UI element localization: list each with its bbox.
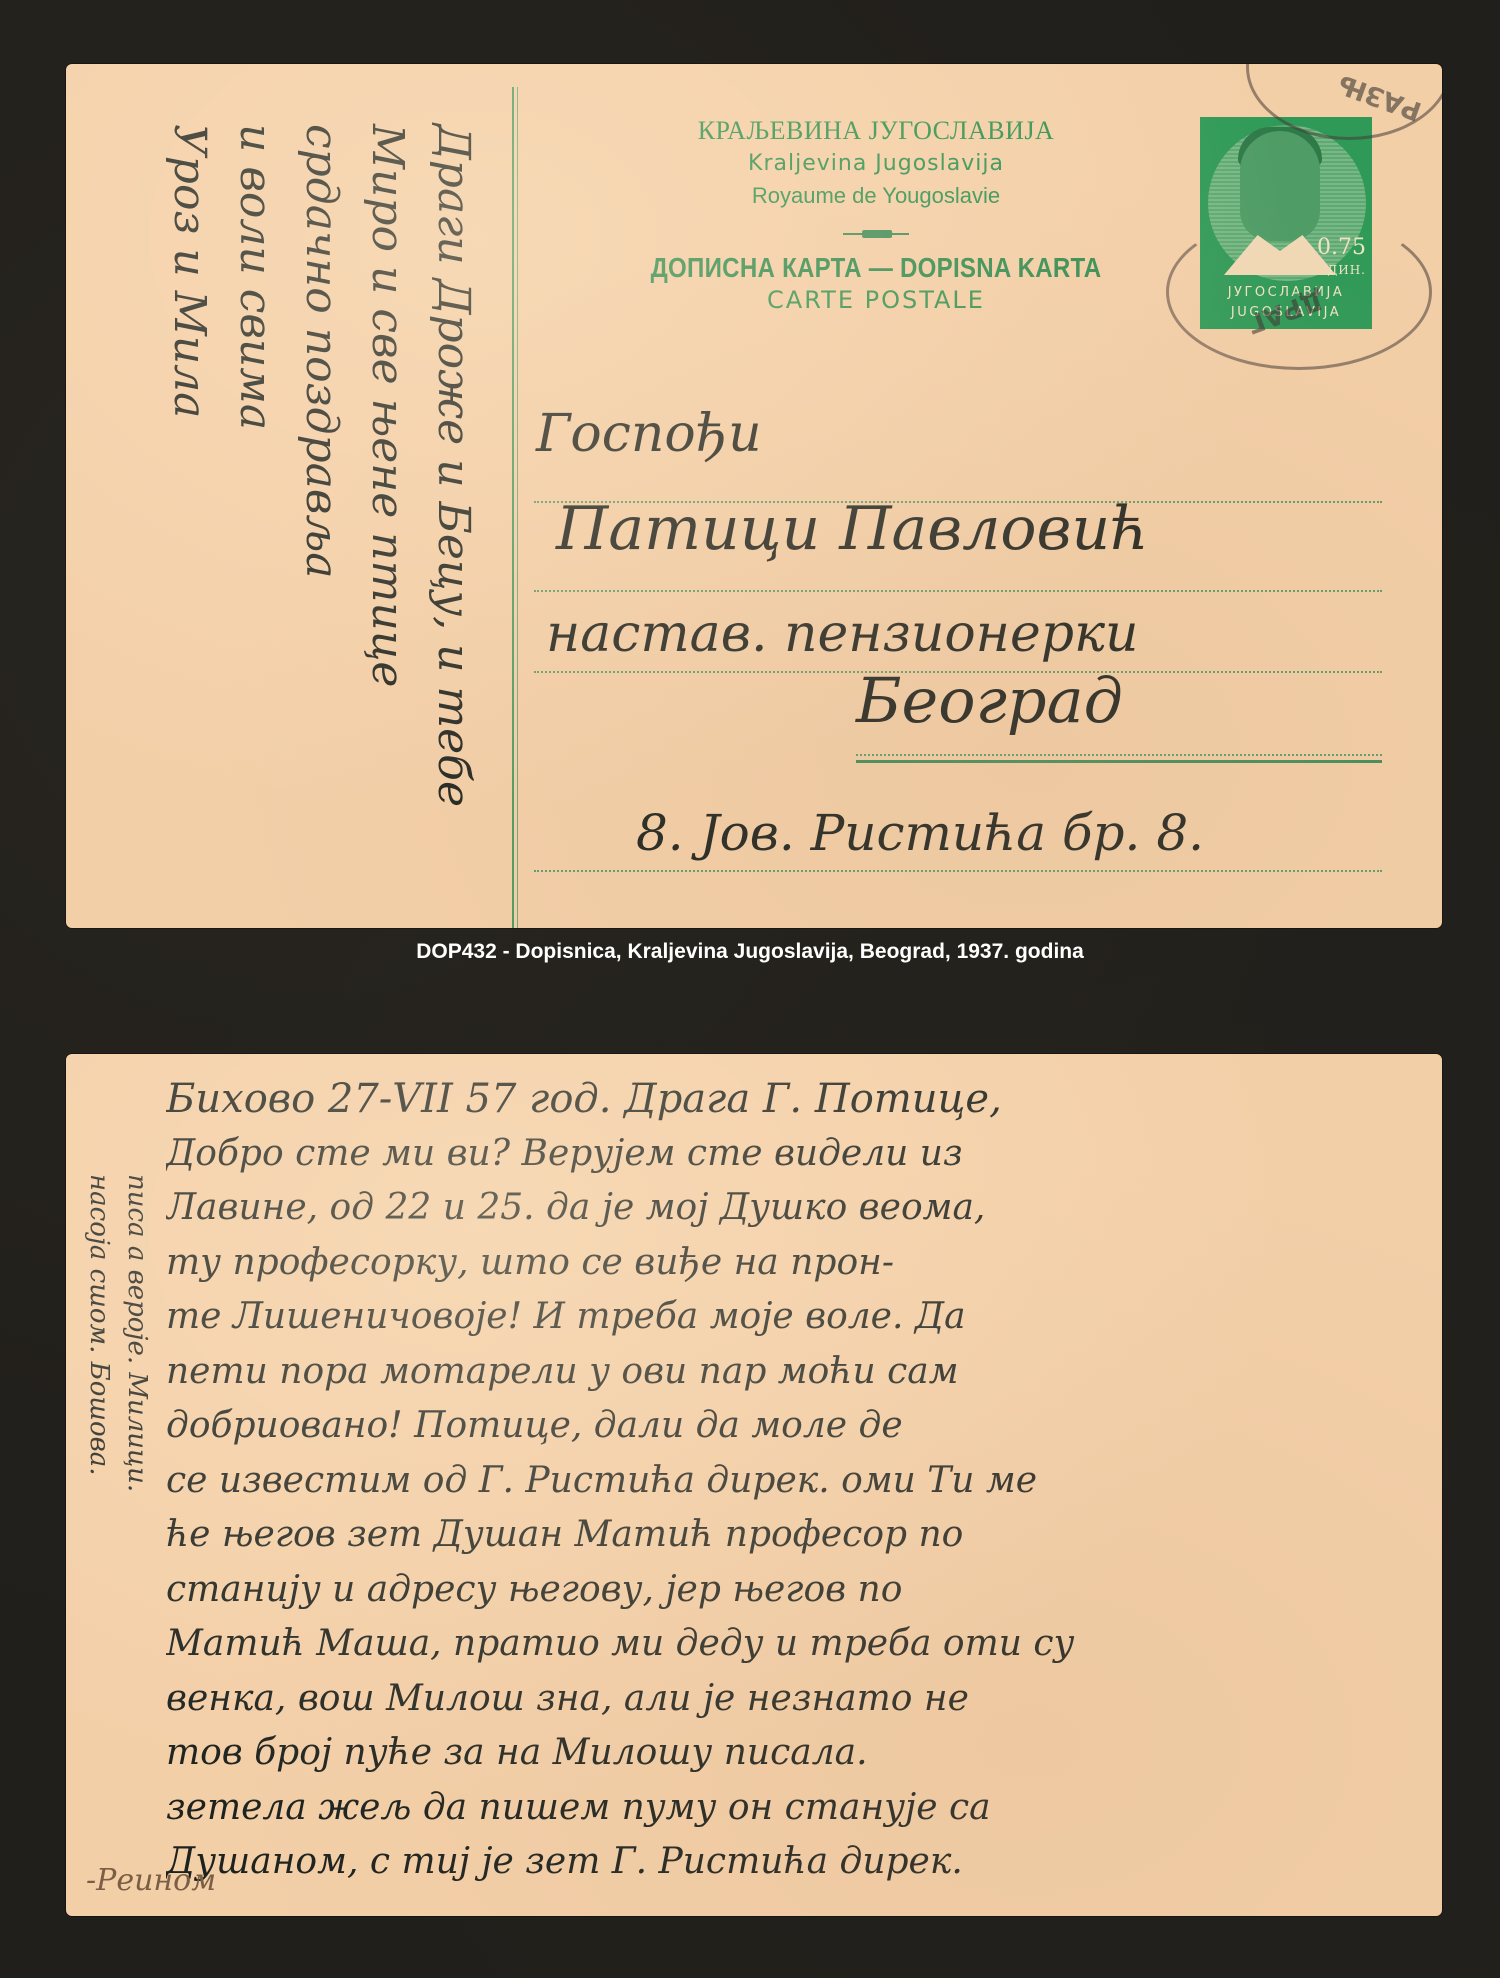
side-message-line: Драги Дроже и Бецу, и тебе bbox=[420, 124, 486, 884]
letter-line: ће његов зет Душан Матић професор по bbox=[166, 1508, 1422, 1563]
card-title: ДОПИСНА КАРТА — DOPISNA KARTA bbox=[575, 252, 1177, 284]
header-french: Royaume de Yougoslavie bbox=[526, 180, 1226, 212]
margin-signature: -Реином bbox=[86, 1863, 216, 1898]
postcard-front: Драги Дроже и Бецу, и тебе Миро и све ње… bbox=[66, 64, 1442, 928]
letter-line: Лавине, од 22 и 25. да је мој Душко веом… bbox=[166, 1181, 1422, 1236]
address-underline bbox=[856, 760, 1382, 763]
address-street: 8. Јов. Ристића бр. 8. bbox=[636, 804, 1204, 862]
ornament-divider bbox=[843, 230, 909, 238]
letter-line: Добро сте ми ви? Верујем сте видели из bbox=[166, 1127, 1422, 1182]
letter-line: се известим од Г. Ристића дирек. оми Ти … bbox=[166, 1454, 1422, 1509]
margin-handwritten-note: писа а вероје. Милици. насоја сшом. Бошо… bbox=[80, 1174, 156, 1914]
margin-note-line: писа а вероје. Милици. bbox=[118, 1174, 156, 1914]
letter-line: добриовано! Потице, дали да моле де bbox=[166, 1399, 1422, 1454]
address-city: Београд bbox=[856, 664, 1123, 737]
letter-line: зетела жељ да пишем пуму он станује са bbox=[166, 1781, 1422, 1836]
letter-line: Душаном, с тиј је зет Г. Ристића дирек. bbox=[166, 1835, 1422, 1890]
side-message-line: Уроз и Мила bbox=[156, 124, 222, 884]
margin-note-line: насоја сшом. Бошова. bbox=[80, 1174, 118, 1914]
header-latin: Kraljevina Jugoslavija bbox=[526, 148, 1226, 180]
letter-line: Бихово 27-VII 57 год. Драга Г. Потице, bbox=[166, 1072, 1422, 1127]
letter-line: тов број пуће за на Милошу писала. bbox=[166, 1726, 1422, 1781]
address-line-2 bbox=[534, 590, 1382, 592]
address-name: Патици Павловић bbox=[556, 494, 1149, 564]
address-title: настав. пензионерки bbox=[546, 604, 1139, 664]
card-subtitle: CARTE POSTALE bbox=[526, 286, 1226, 314]
letter-line: ту професорку, што се виђе на прон- bbox=[166, 1236, 1422, 1291]
side-message-line: и воли свима bbox=[222, 124, 288, 884]
side-message-line: срдачно поздравља bbox=[288, 124, 354, 884]
letter-line: те Лишеничовоје! И треба моје воле. Да bbox=[166, 1290, 1422, 1345]
letter-line: станију и адресу његову, јер његов по bbox=[166, 1563, 1422, 1618]
letter-line: Матић Маша, пратио ми деду и треба оти с… bbox=[166, 1617, 1422, 1672]
side-handwritten-message: Драги Дроже и Бецу, и тебе Миро и све ње… bbox=[156, 124, 486, 884]
card-header: КРАЉЕВИНА ЈУГОСЛАВИЈА Kraljevina Jugosla… bbox=[526, 114, 1226, 314]
postcard-back: писа а вероје. Милици. насоја сшом. Бошо… bbox=[66, 1054, 1442, 1916]
address-salutation: Госпођи bbox=[536, 404, 762, 464]
letter-line: венка, вош Милош зна, али је незнато не bbox=[166, 1672, 1422, 1727]
letter-line: пети пора мотарели у ови пар моћи сам bbox=[166, 1345, 1422, 1400]
vertical-divider bbox=[512, 87, 518, 928]
letter-body: Бихово 27-VII 57 год. Драга Г. Потице, Д… bbox=[166, 1072, 1422, 1890]
item-caption: DOP432 - Dopisnica, Kraljevina Jugoslavi… bbox=[0, 940, 1500, 964]
header-cyrillic: КРАЉЕВИНА ЈУГОСЛАВИЈА bbox=[526, 114, 1226, 148]
address-line-4 bbox=[856, 754, 1382, 756]
side-message-line: Миро и све њене птице bbox=[354, 124, 420, 884]
address-line-5 bbox=[534, 870, 1382, 872]
